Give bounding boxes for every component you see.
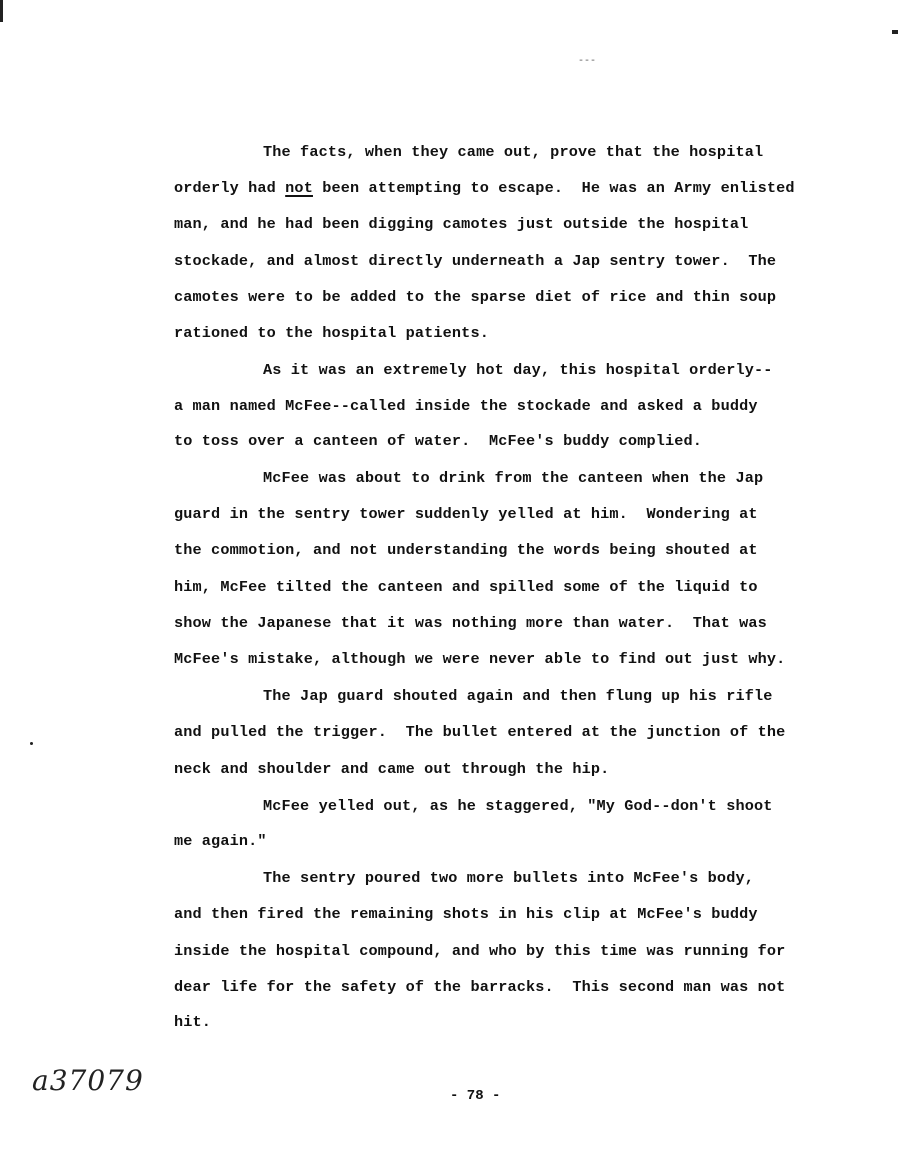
text-line: McFee's mistake, although we were never … bbox=[174, 650, 785, 668]
text-line: him, McFee tilted the canteen and spille… bbox=[174, 578, 758, 596]
text-line: me again." bbox=[174, 832, 267, 850]
text-line: to toss over a canteen of water. McFee's… bbox=[174, 432, 702, 450]
text-line: rationed to the hospital patients. bbox=[174, 324, 489, 342]
binding-mark bbox=[0, 0, 3, 22]
text-line: a man named McFee--called inside the sto… bbox=[174, 397, 758, 415]
text-fragment: been attempting to escape. He was an Arm… bbox=[313, 179, 795, 197]
text-line: inside the hospital compound, and who by… bbox=[174, 942, 785, 960]
underlined-word: not bbox=[285, 179, 313, 197]
text-line: guard in the sentry tower suddenly yelle… bbox=[174, 505, 758, 523]
text-line: camotes were to be added to the sparse d… bbox=[174, 288, 776, 306]
text-line: The sentry poured two more bullets into … bbox=[263, 869, 754, 887]
top-mark: --- bbox=[578, 56, 596, 67]
text-line: orderly had not been attempting to escap… bbox=[174, 179, 795, 197]
text-line: hit. bbox=[174, 1013, 211, 1031]
text-line: stockade, and almost directly underneath… bbox=[174, 252, 776, 270]
text-line: man, and he had been digging camotes jus… bbox=[174, 215, 748, 233]
text-line: neck and shoulder and came out through t… bbox=[174, 760, 609, 778]
text-line: the commotion, and not understanding the… bbox=[174, 541, 758, 559]
document-page: --- The facts, when they came out, prove… bbox=[0, 0, 900, 1166]
scan-speck bbox=[30, 742, 33, 745]
text-line: McFee was about to drink from the cantee… bbox=[263, 469, 763, 487]
text-line: As it was an extremely hot day, this hos… bbox=[263, 361, 773, 379]
text-line: McFee yelled out, as he staggered, "My G… bbox=[263, 797, 773, 815]
text-line: dear life for the safety of the barracks… bbox=[174, 978, 785, 996]
scan-speck bbox=[892, 30, 898, 34]
page-number: - 78 - bbox=[450, 1088, 500, 1104]
text-line: The Jap guard shouted again and then flu… bbox=[263, 687, 773, 705]
text-line: and then fired the remaining shots in hi… bbox=[174, 905, 758, 923]
text-fragment: orderly had bbox=[174, 179, 285, 197]
handwritten-annotation: a37079 bbox=[32, 1064, 144, 1097]
text-line: and pulled the trigger. The bullet enter… bbox=[174, 723, 785, 741]
text-line: The facts, when they came out, prove tha… bbox=[263, 143, 763, 161]
text-line: show the Japanese that it was nothing mo… bbox=[174, 614, 767, 632]
